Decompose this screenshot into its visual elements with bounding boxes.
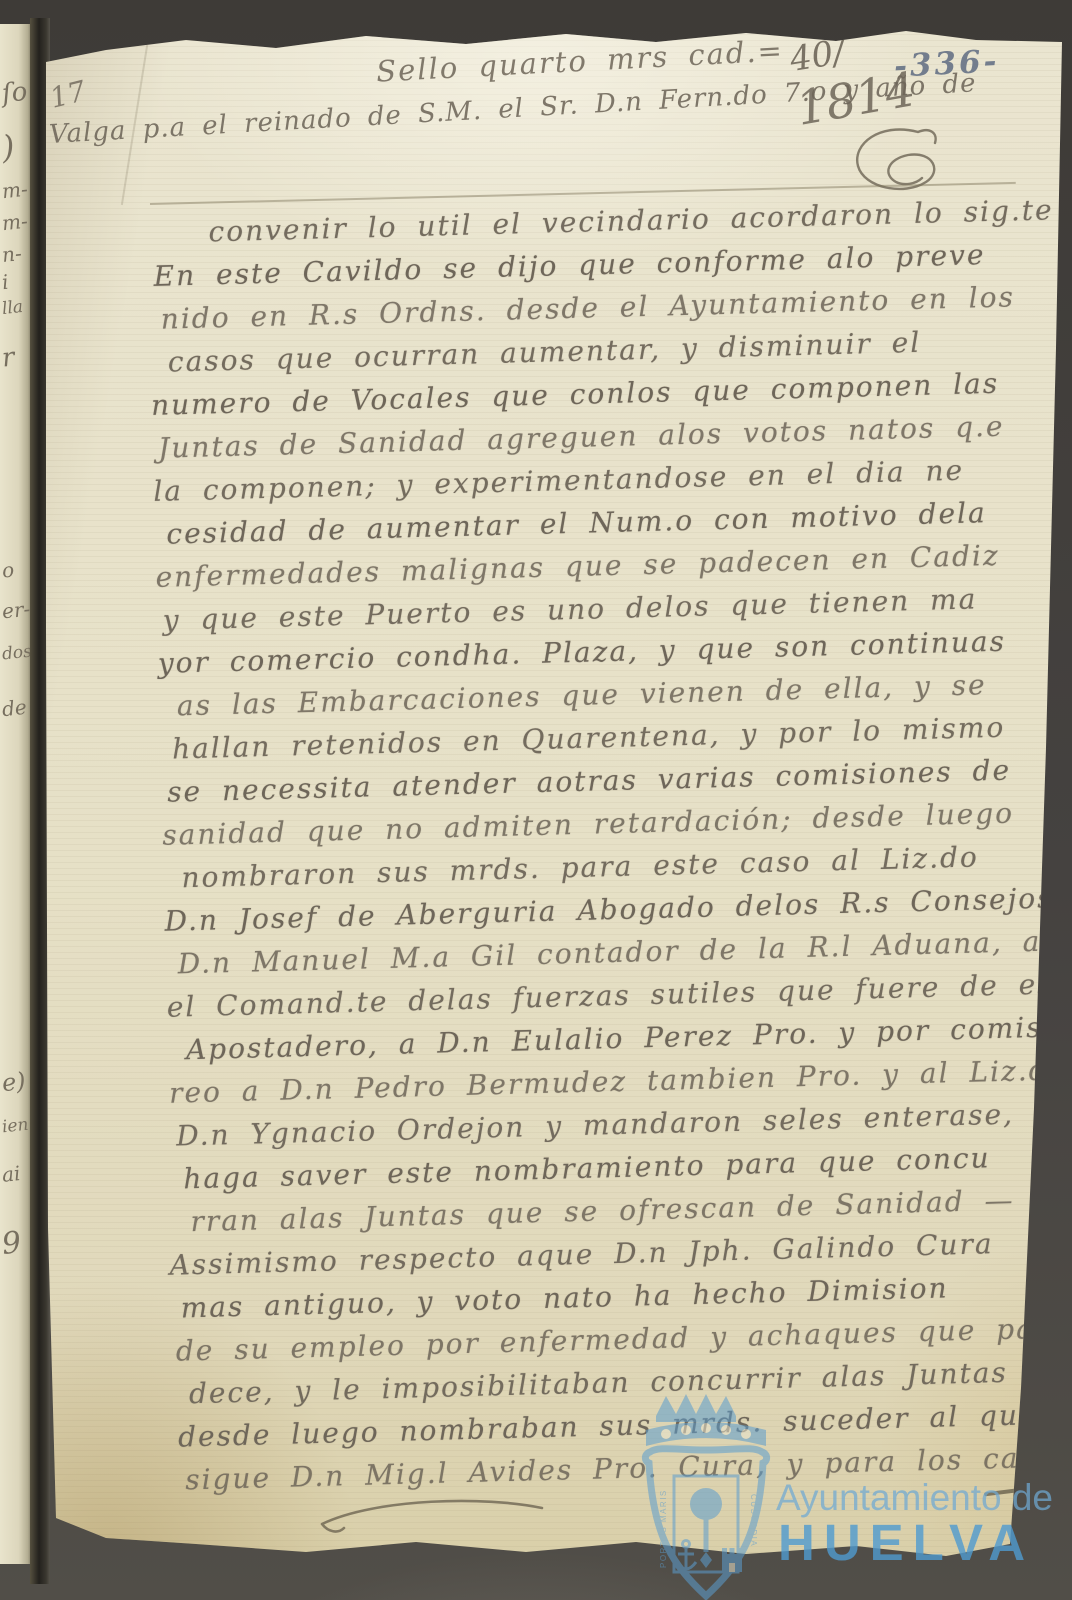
adjacent-page-text-fragment: m- xyxy=(1,209,29,236)
folio-corner-mark: 17 xyxy=(47,74,90,115)
adjacent-page-text-fragment: r xyxy=(0,342,16,373)
huelva-watermark: PORTUS MARIS CUSTODIA Ayuntamiento de HU… xyxy=(618,1388,1072,1600)
photo-background: ſo)m-m-n-illaroer-dosdee)ienai9 17 Sello… xyxy=(0,0,1072,1600)
shield-motto-right: CUSTODIA xyxy=(749,1494,758,1547)
shield-motto-left: PORTUS MARIS xyxy=(659,1489,668,1568)
fee-mark: 40/ xyxy=(787,32,847,80)
manuscript-page: 17 Sello quarto mrs cad.= 40/ -336- Valg… xyxy=(46,28,1062,1560)
adjacent-page-text-fragment: dos xyxy=(1,641,33,664)
stamp-seal-text: Sello quarto mrs cad.= xyxy=(375,33,784,88)
adjacent-page-text-fragment: e) xyxy=(1,1067,27,1097)
adjacent-page-text-fragment: i xyxy=(1,270,10,295)
adjacent-page-text-fragment: ai xyxy=(1,1161,22,1187)
closing-flourish-icon xyxy=(314,1490,552,1542)
adjacent-page-text-fragment: ien xyxy=(1,1115,29,1138)
adjacent-page-text-fragment: de xyxy=(1,695,28,721)
adjacent-page-text-fragment: lla xyxy=(1,297,24,319)
anchor-icon xyxy=(676,1541,696,1571)
adjacent-page-text-fragment: ) xyxy=(0,127,16,166)
adjacent-page-text-fragment: 9 xyxy=(0,1225,23,1262)
tower-icon xyxy=(722,1548,742,1572)
adjacent-page-text-fragment: n- xyxy=(1,241,23,267)
watermark-text-line2: HUELVA xyxy=(778,1514,1034,1571)
adjacent-page-text-fragment: ſo xyxy=(1,77,29,109)
adjacent-page-text-fragment: o xyxy=(1,557,15,582)
adjacent-page-edge: ſo)m-m-n-illaroer-dosdee)ienai9 xyxy=(0,24,34,1564)
huelva-crest-icon: PORTUS MARIS CUSTODIA xyxy=(645,1394,766,1596)
adjacent-page-text-fragment: m- xyxy=(1,177,29,204)
manuscript-body: convenir lo util el vecindario acordaron… xyxy=(146,189,1064,1502)
watermark-text-line1: Ayuntamiento de xyxy=(776,1477,1053,1518)
adjacent-page-text-fragment: er- xyxy=(1,597,32,624)
